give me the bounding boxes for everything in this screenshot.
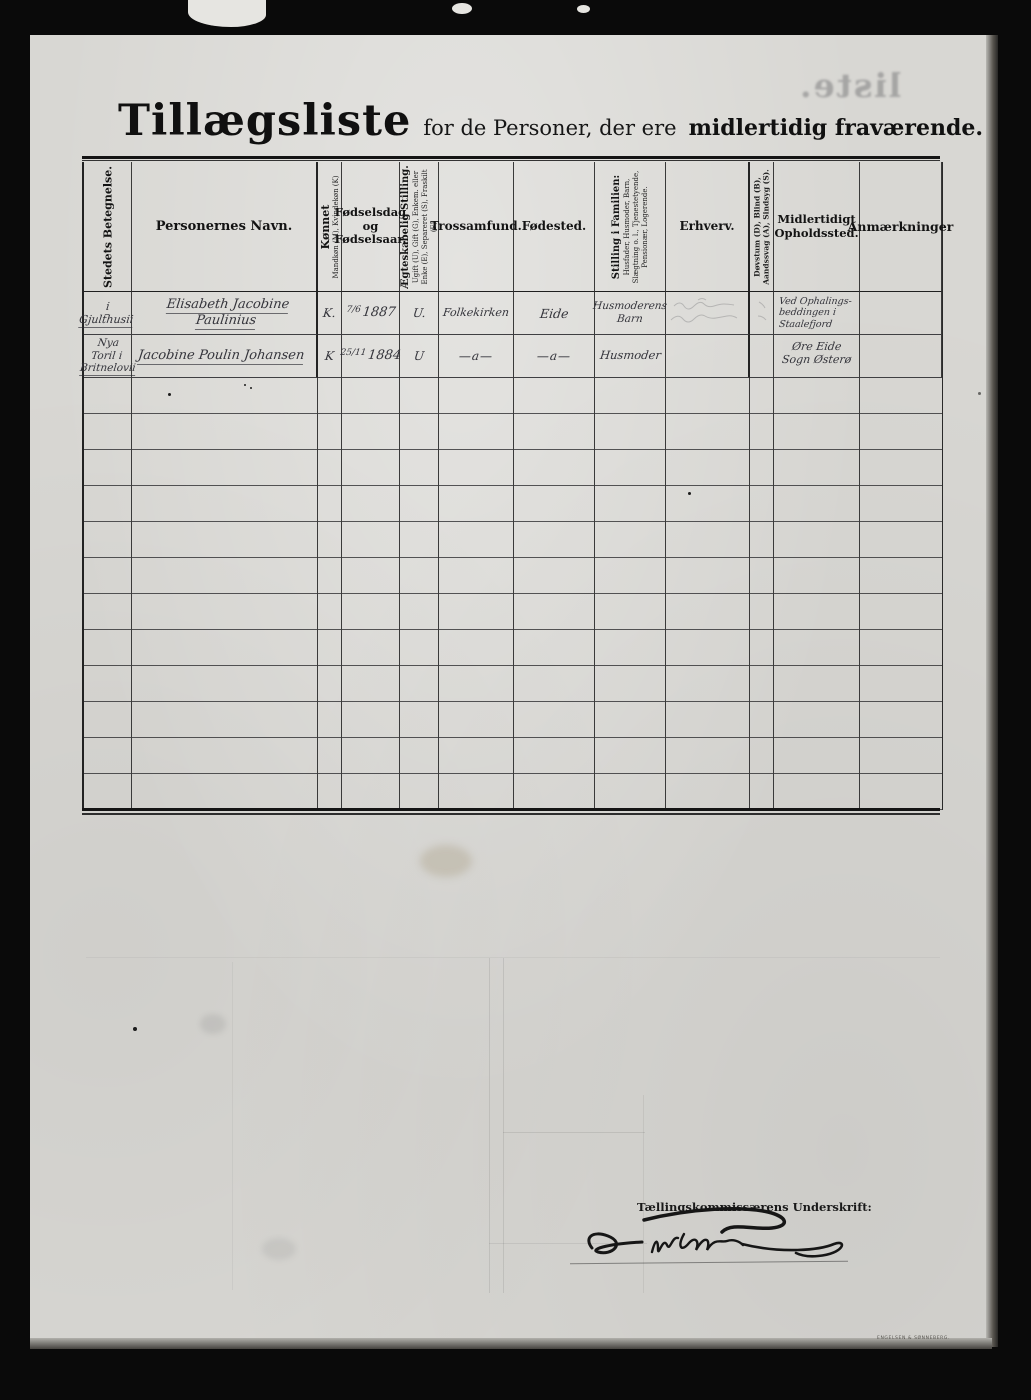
header-stilling-i-familien: Stilling i Familien: Husfader, Husmoder,… [595,162,666,292]
paper-tear-spot [452,3,472,14]
bleed-line [86,957,940,958]
empty-col [666,378,750,810]
row1-navn: Elisabeth Jacobine Paulinius [132,292,318,335]
row1-sted: i Gjulthusii [84,292,132,335]
census-table: Stedets Betegnelse. Personernes Navn. Kø… [82,156,940,816]
empty-col [595,378,666,810]
row2-stand: U [400,335,439,378]
paper-stain [200,1014,226,1034]
pencil-mark [756,298,768,328]
scan-margin-top [0,0,1031,35]
row2-anmaerkninger [860,335,942,378]
table-top-rule [82,156,940,159]
pencil-scribble [668,296,746,330]
empty-col [400,378,439,810]
header-stedets-betegnelse: Stedets Betegnelse. [84,162,132,292]
row2-erhverv [666,335,750,378]
empty-col [750,378,774,810]
row1-familie: Husmoderens Barn [595,292,666,335]
ink-speck [688,492,691,495]
row2-sted: Nya Toril i Britnelovii [84,335,132,378]
paper-tear-spot [577,5,590,13]
commissioner-signature [582,1206,862,1278]
header-personernes-navn: Personernes Navn. [132,162,318,292]
row1-anmaerkninger [860,292,942,335]
row2-fodselsdag: 25/111884 [342,335,400,378]
header-fodselsdag: Fødselsdag og Fødselsaar. [342,162,400,292]
ink-speck [168,393,171,396]
row1-konnet: K. [318,292,342,335]
row1-trossamfund: Folkekirken [439,292,514,335]
row2-konnet: K [318,335,342,378]
ink-speck [244,384,246,386]
empty-col [318,378,342,810]
ink-speck [978,392,981,395]
ink-speck [250,387,252,389]
scanned-census-page: liste. Tillægsliste for de Personer, der… [0,0,1031,1400]
empty-rows-region [84,378,942,810]
row2-dovstum [750,335,774,378]
header-anmaerkninger: Anmærkninger [860,162,942,292]
paper-stain [420,845,472,877]
row2-navn: Jacobine Poulin Johansen [132,335,318,378]
paper-stain [262,1238,296,1260]
row1-stand: U. [400,292,439,335]
row2-fodested: —a— [514,335,595,378]
bleed-line [232,962,233,1290]
row2-trossamfund: —a— [439,335,514,378]
bleed-line [503,1132,645,1133]
header-erhverv: Erhverv. [666,162,750,292]
row1-erhverv-pencil-note [666,292,750,335]
empty-col [84,378,132,810]
empty-col [860,378,942,810]
empty-col [774,378,860,810]
header-fodested: Fødested. [514,162,595,292]
header-trossamfund: Trossamfund. [439,162,514,292]
scan-margin-left [0,0,30,1400]
title-bold: midlertidig fraværende. [689,115,983,141]
row2-opholdssted: Øre Eide Sogn Østerø [774,329,860,378]
ink-speck [133,1027,137,1031]
row1-fodested: Eide [514,292,595,335]
scan-margin-bottom [0,1349,1031,1400]
empty-col [514,378,595,810]
row2-familie: Husmoder [595,335,666,378]
document-title: Tillægsliste for de Personer, der ere mi… [118,96,983,146]
empty-col [439,378,514,810]
row1-dovstum [750,292,774,335]
scan-margin-right [998,0,1031,1400]
title-main: Tillægsliste [118,96,411,146]
empty-col [132,378,318,810]
row1-fodselsdag: 7/61887 [342,292,400,335]
table-bottom-rule [82,808,940,811]
empty-col [342,378,400,810]
title-mid: for de Personer, der ere [423,116,676,140]
table-top-rule-thin [82,160,940,161]
printer-imprint: ENGELSEN & SØNNEBERG. [877,1336,950,1341]
table-bottom-rule-thin [82,813,940,815]
table-grid: Stedets Betegnelse. Personernes Navn. Kø… [82,162,943,810]
